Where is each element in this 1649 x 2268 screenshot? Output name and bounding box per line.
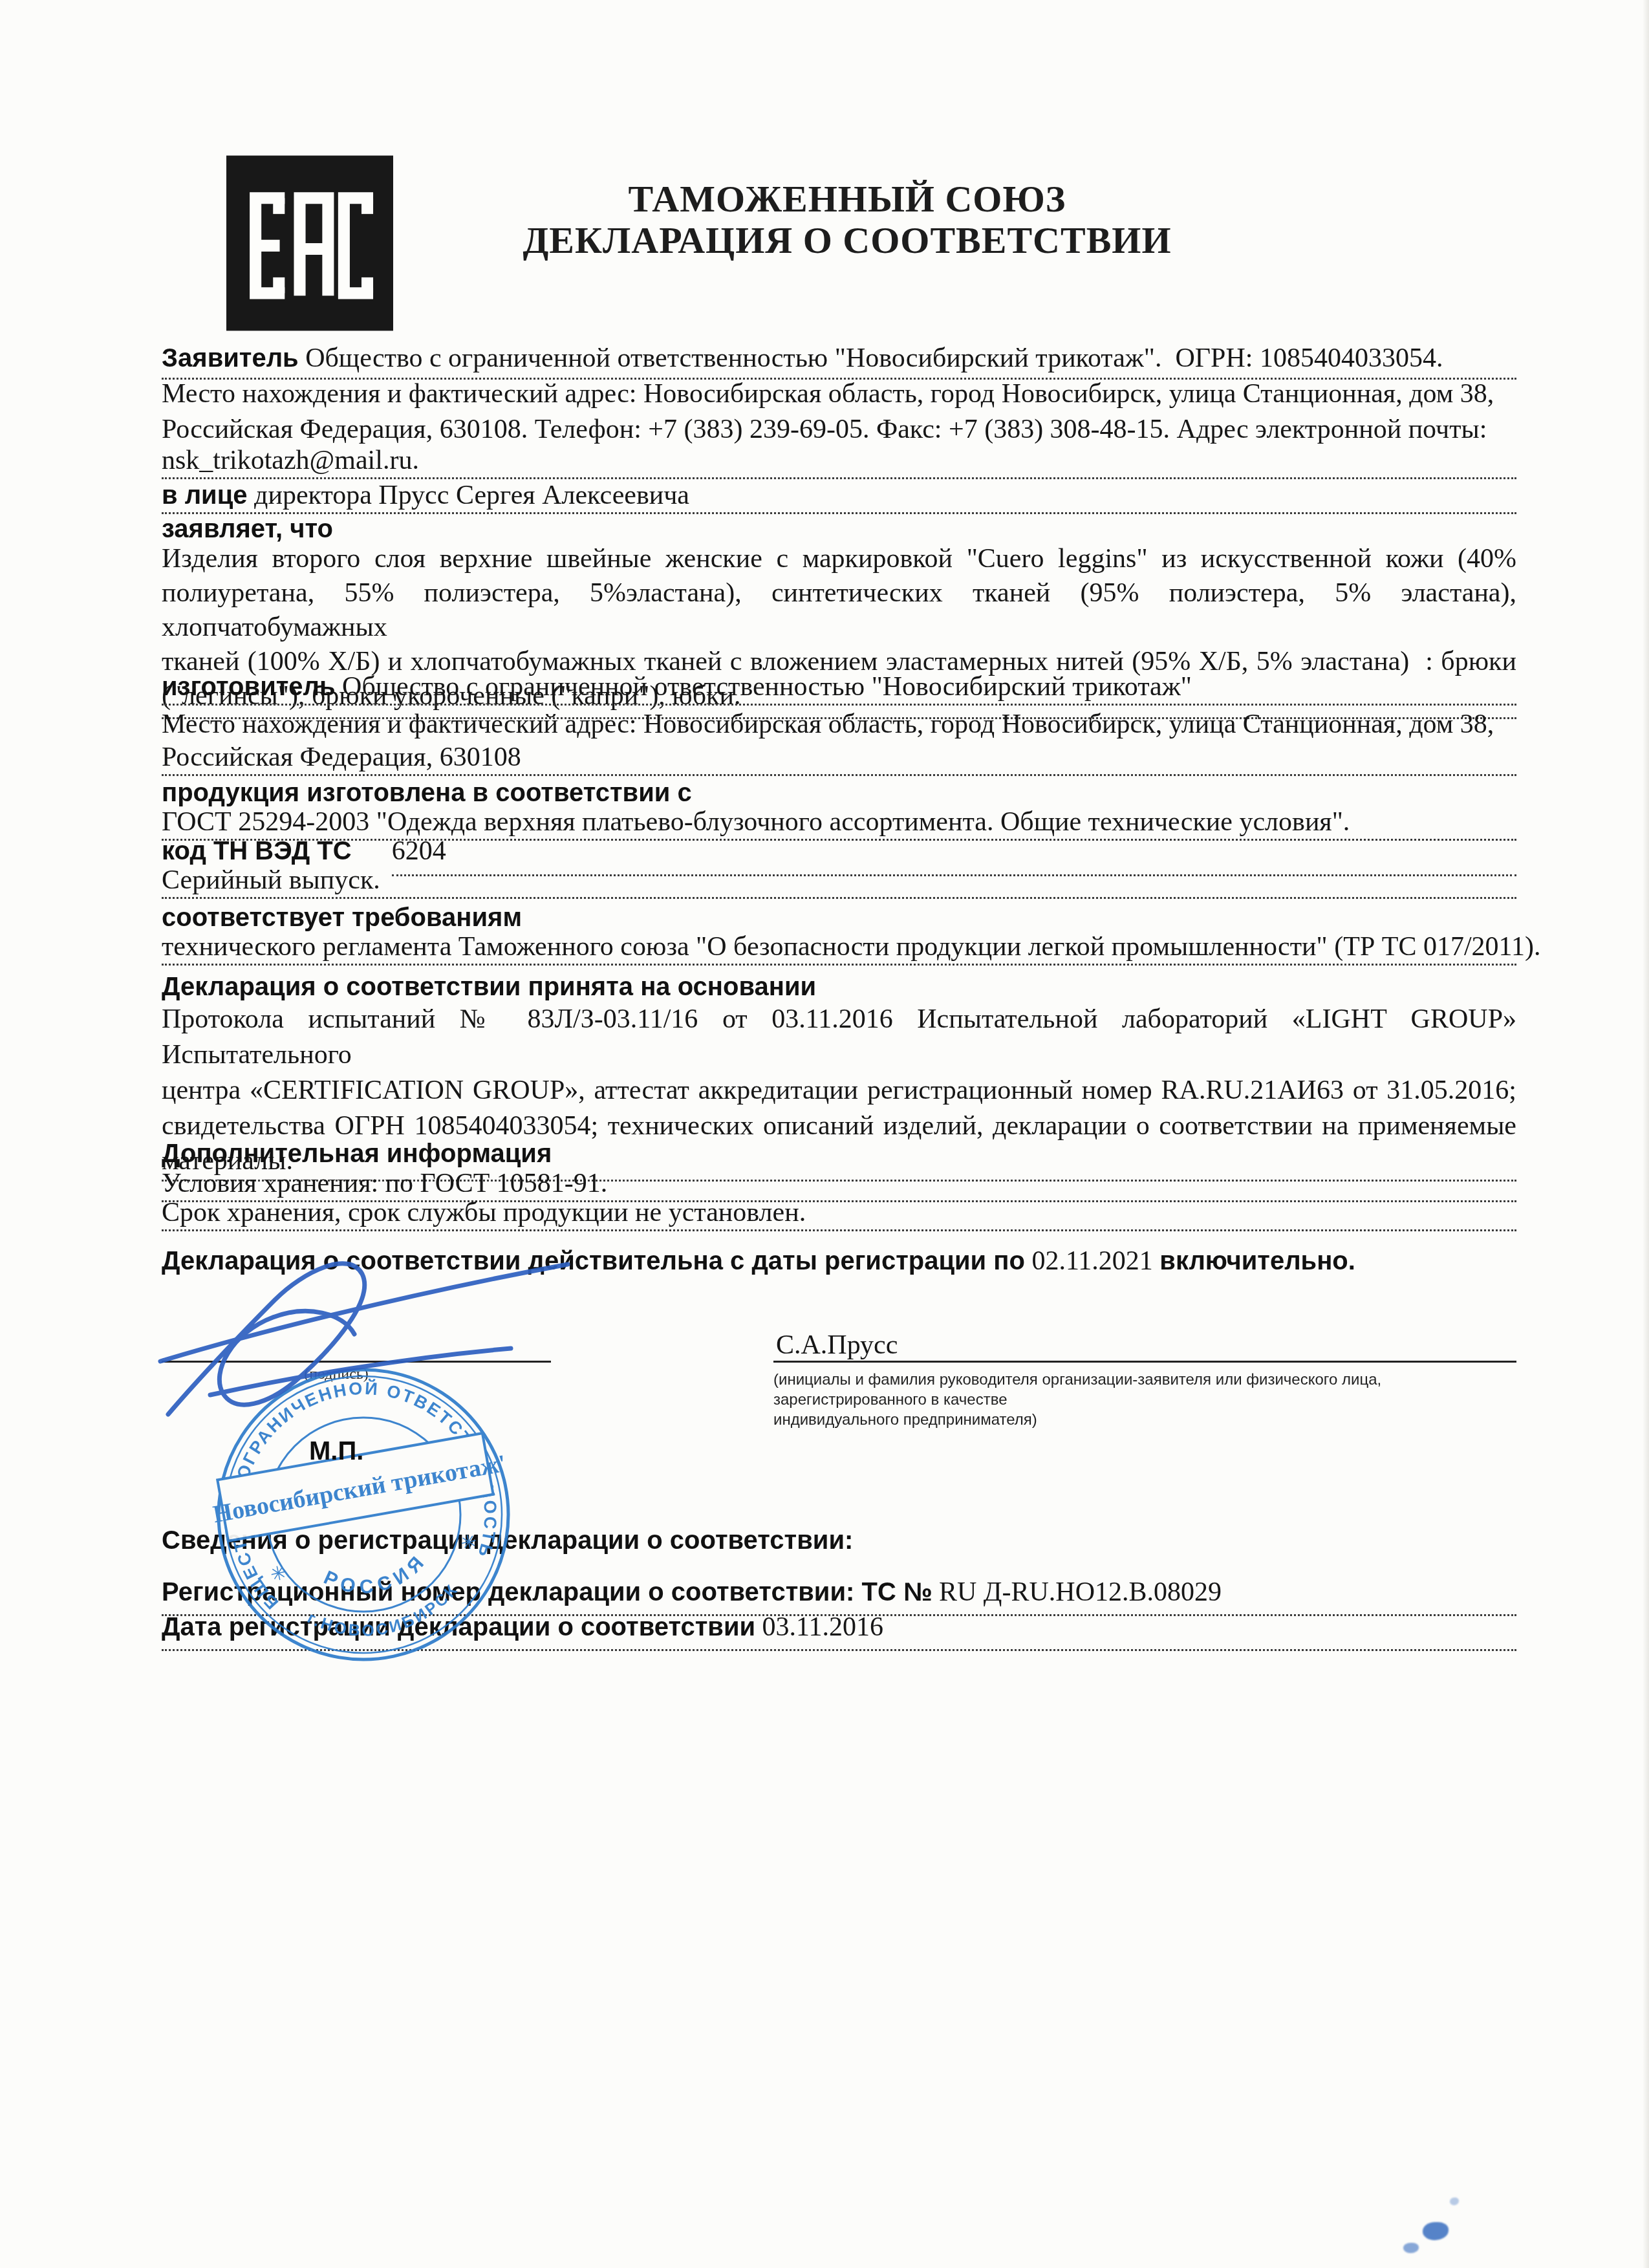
svg-text:РОССИЯ: РОССИЯ	[317, 1546, 436, 1608]
stamp-star-left: ✳	[268, 1562, 288, 1586]
declares-label: заявляет, что	[162, 513, 1516, 545]
manufacturer-value: Общество с ограниченной ответственностью…	[342, 672, 1192, 702]
validity-date: 02.11.2021	[1031, 1246, 1152, 1276]
in-person-label: в лице	[162, 481, 248, 510]
manufacturer-row: изготовитель Общество с ограниченной отв…	[162, 671, 1516, 706]
basis-label: Декларация о соответствии принята на осн…	[162, 971, 1516, 1002]
meets-value: технического регламента Таможенного союз…	[162, 931, 1516, 966]
stamp-place-label: М.П.	[309, 1437, 363, 1466]
head-name: С.А.Прусс	[776, 1330, 898, 1361]
basis-line-2: центра «CERTIFICATION GROUP», аттестат а…	[162, 1073, 1516, 1108]
ink-spot	[1423, 2222, 1449, 2240]
title-line-2: ДЕКЛАРАЦИЯ О СООТВЕТСТВИИ	[362, 220, 1332, 261]
applicant-address-1: Место нахождения и фактический адрес: Но…	[162, 378, 1516, 409]
title-line-1: ТАМОЖЕННЫЙ СОЮЗ	[362, 178, 1332, 220]
manufacturer-address-2: Российская Федерация, 630108	[162, 742, 1516, 776]
in-person-value: директора Прусс Сергея Алексеевича	[254, 481, 689, 510]
tnved-label: код ТН ВЭД ТС	[162, 836, 352, 867]
applicant-address-2: Российская Федерация, 630108. Телефон: +…	[162, 414, 1516, 445]
stamp-country-text: РОССИЯ	[317, 1546, 436, 1608]
ink-spot	[1403, 2243, 1419, 2253]
applicant-email: nsk_trikotazh@mail.ru.	[162, 445, 1516, 479]
applicant-label: Заявитель	[162, 344, 299, 373]
stamp-star-right: ✳	[458, 1531, 479, 1555]
manufacturer-address-1: Место нахождения и фактический адрес: Но…	[162, 709, 1516, 740]
in-person-row: в лице директора Прусс Сергея Алексеевич…	[162, 480, 1516, 514]
made-per-label: продукция изготовлена в соответствии с	[162, 777, 1516, 808]
validity-suffix: включительно.	[1159, 1247, 1355, 1275]
applicant-row: Заявитель Общество с ограниченной ответс…	[162, 343, 1516, 380]
product-line-1: Изделия второго слоя верхние швейные жен…	[162, 542, 1516, 576]
manufacturer-label: изготовитель	[162, 673, 336, 701]
applicant-value: Общество с ограниченной ответственностью…	[305, 343, 1443, 373]
ink-spot	[1450, 2198, 1459, 2205]
document-title: ТАМОЖЕННЫЙ СОЮЗ ДЕКЛАРАЦИЯ О СООТВЕТСТВИ…	[362, 178, 1332, 261]
head-name-line	[773, 1361, 1516, 1363]
head-caption-line-2: индивидуального предпринимателя)	[773, 1410, 1504, 1430]
additional-label: Дополнительная информация	[162, 1138, 1516, 1169]
head-name-caption: (инициалы и фамилия руководителя организ…	[773, 1370, 1504, 1430]
product-line-2: полиуретана, 55% полиэстера, 5%эластана)…	[162, 576, 1516, 645]
registration-date-value: 03.11.2016	[762, 1612, 883, 1642]
shelf-row: Срок хранения, срок службы продукции не …	[162, 1197, 1516, 1231]
basis-line-1: Протокола испытаний № 83Л/З-03.11/16 от …	[162, 1002, 1516, 1073]
head-caption-line-1: (инициалы и фамилия руководителя организ…	[773, 1370, 1504, 1410]
registration-number-value: RU Д-RU.НО12.В.08029	[939, 1577, 1222, 1607]
meets-label: соответствует требованиям	[162, 902, 1516, 933]
handwritten-signature	[149, 1245, 595, 1445]
serial-row: Серийный выпуск.	[162, 865, 1516, 899]
